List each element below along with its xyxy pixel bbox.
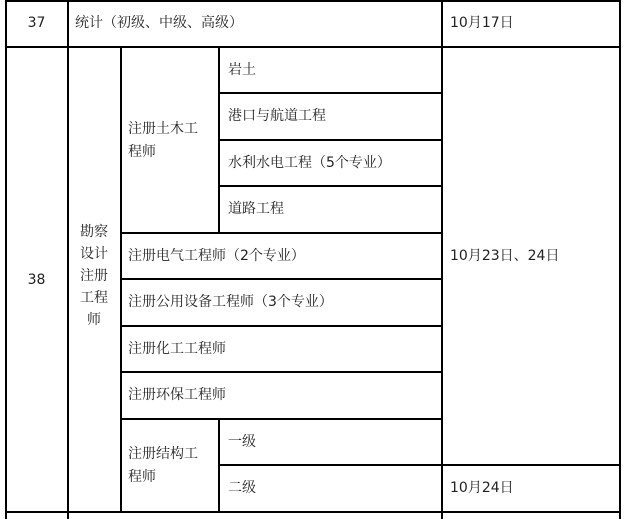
structural-engineer-label-2: 程师 xyxy=(128,466,156,488)
exam-date-37: 10月17日 xyxy=(450,12,514,34)
civil-specialty-road: 道路工程 xyxy=(228,198,284,220)
electrical-engineer: 注册电气工程师（2个专业） xyxy=(128,245,305,267)
divider-electrical xyxy=(120,278,441,280)
table-border-right xyxy=(619,0,621,519)
row-number-37: 37 xyxy=(6,12,67,34)
structural-level-1: 一级 xyxy=(228,431,256,453)
table-border-left xyxy=(5,0,7,519)
exam-date-38: 10月23日、24日 xyxy=(450,245,559,267)
civil-engineer-label-2: 程师 xyxy=(128,141,156,163)
col-divider-structural xyxy=(218,418,220,512)
col-divider-category xyxy=(120,46,122,512)
divider-civil-2 xyxy=(218,139,441,141)
civil-specialty-geotechnical: 岩土 xyxy=(228,59,256,81)
divider-structural-level xyxy=(218,464,620,466)
civil-specialty-port: 港口与航道工程 xyxy=(228,105,326,127)
divider-utilities xyxy=(120,325,441,327)
row-number-38: 38 xyxy=(6,269,67,291)
utilities-engineer: 注册公用设备工程师（3个专业） xyxy=(128,291,333,313)
col-divider-date xyxy=(441,0,443,519)
subject-statistics: 统计（初级、中级、高级） xyxy=(75,12,243,34)
structural-engineer-label-1: 注册结构工 xyxy=(128,443,198,465)
chemical-engineer: 注册化工工程师 xyxy=(128,338,226,360)
table-border-top xyxy=(5,0,620,2)
civil-specialty-hydro: 水利水电工程（5个专业） xyxy=(228,152,391,174)
divider-civil-end xyxy=(120,232,441,234)
exam-date-structural-level2: 10月24日 xyxy=(450,477,514,499)
category-label: 勘察 设计 注册 工程 师 xyxy=(68,221,120,331)
environmental-engineer: 注册环保工程师 xyxy=(128,384,226,406)
divider-chemical xyxy=(120,371,441,373)
divider-civil-3 xyxy=(218,185,441,187)
divider-environmental xyxy=(120,418,441,420)
col-divider-civil xyxy=(218,46,220,233)
civil-engineer-label-1: 注册土木工 xyxy=(128,118,198,140)
structural-level-2: 二级 xyxy=(228,477,256,499)
divider-civil-1 xyxy=(218,92,441,94)
table-border-bottom xyxy=(5,511,620,513)
row-divider-37-38 xyxy=(5,46,620,48)
